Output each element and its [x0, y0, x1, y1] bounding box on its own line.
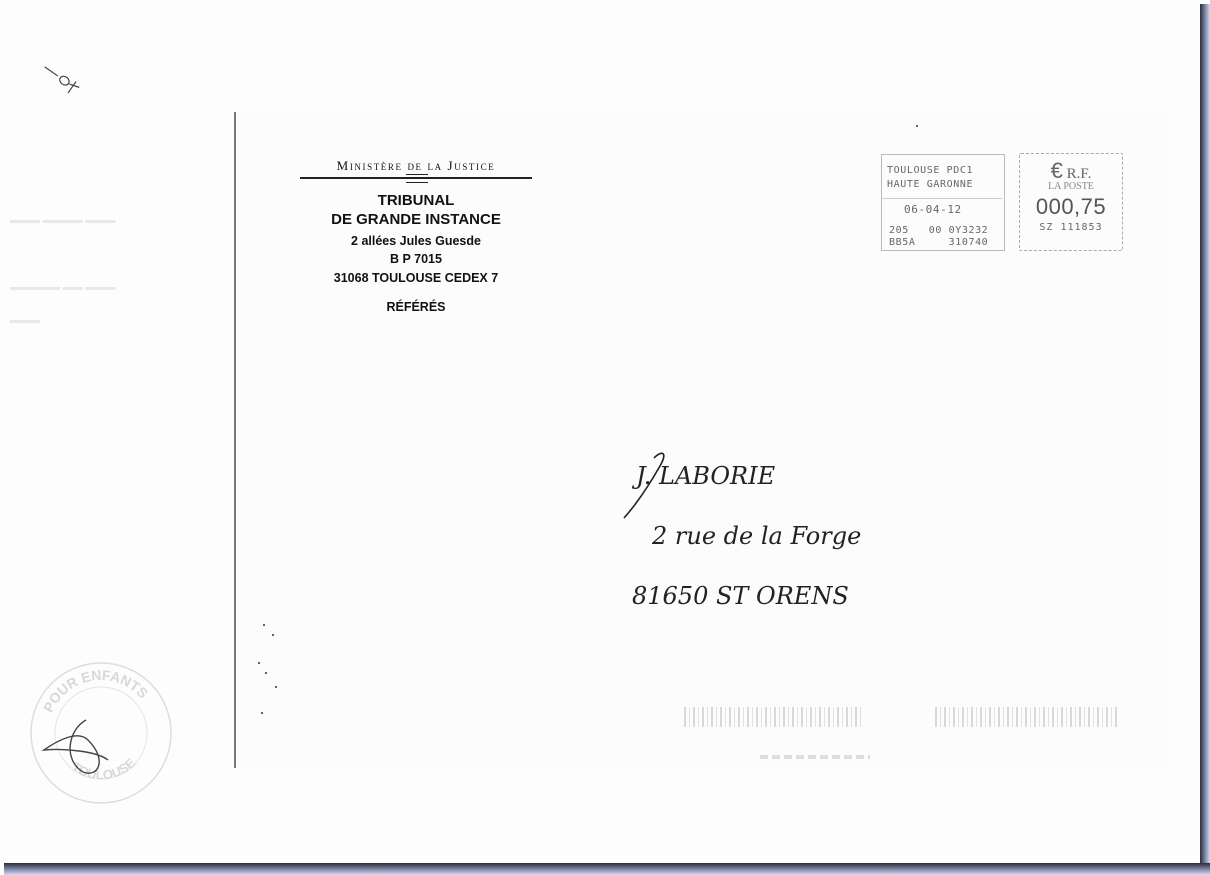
speck	[916, 125, 918, 127]
bleed-through-text: ▬▬▬ ▬▬▬▬ ▬▬▬	[10, 215, 116, 226]
seal-text-top: POUR ENFANTS	[40, 667, 151, 715]
speck	[263, 624, 265, 626]
address-line-3: 31068 TOULOUSE CEDEX 7	[300, 269, 532, 288]
postmark-office: TOULOUSE PDC1 HAUTE GARONNE	[882, 155, 1002, 199]
address-line-2: B P 7015	[300, 250, 532, 269]
speck	[275, 686, 277, 688]
meter-country: R.F.	[1067, 166, 1092, 182]
speck	[258, 662, 260, 664]
address-line-1: 2 allées Jules Guesde	[300, 232, 532, 251]
sender-block: Ministère de la Justice TRIBUNAL DE GRAN…	[300, 158, 532, 314]
page-shadow-bottom	[4, 863, 1210, 875]
meter-stamp: € R.F. LA POSTE 000,75 SZ 111853	[1019, 153, 1123, 251]
department-label: RÉFÉRÉS	[300, 300, 532, 314]
official-seal: POUR ENFANTS TOULOUSE	[28, 660, 174, 806]
euro-icon: €	[1051, 158, 1063, 183]
meter-amount: 000,75	[1020, 194, 1122, 220]
signature-icon	[44, 720, 108, 773]
recipient-address: J. LABORIE 2 rue de la Forge 81650 ST OR…	[610, 440, 970, 620]
bleed-through-text: ▬▬▬▬▬ ▬▬ ▬▬▬	[10, 282, 116, 293]
speck	[272, 634, 274, 636]
court-line-1: TRIBUNAL	[300, 191, 532, 210]
court-name: TRIBUNAL DE GRANDE INSTANCE	[300, 191, 532, 229]
barcode-left	[684, 707, 864, 727]
court-line-2: DE GRANDE INSTANCE	[300, 210, 532, 229]
ministry-rule	[300, 177, 532, 179]
meter-operator: LA POSTE	[1020, 181, 1122, 192]
recipient-name: J. LABORIE	[631, 462, 776, 490]
postmark-date: 06-04-12	[904, 203, 962, 216]
recipient-city: 81650 ST ORENS	[632, 582, 849, 610]
postmark-office-line-1: TOULOUSE PDC1	[887, 164, 1002, 178]
postmark-code-line-1: 205 00 0Y3232	[889, 225, 988, 237]
speck	[261, 712, 263, 714]
postmark-code-line-2: BB5A 310740	[889, 237, 988, 249]
page-shadow-right	[1200, 4, 1210, 875]
speck	[265, 672, 267, 674]
page-number-annotation	[30, 50, 90, 110]
faint-print	[760, 755, 870, 759]
postmark-office-line-2: HAUTE GARONNE	[887, 178, 1002, 192]
recipient-street: 2 rue de la Forge	[651, 522, 861, 550]
scanned-page: ▬▬▬ ▬▬▬▬ ▬▬▬ ▬▬▬▬▬ ▬▬ ▬▬▬ ▬▬▬ Ministère …	[0, 0, 1200, 863]
svg-text:POUR ENFANTS: POUR ENFANTS	[40, 667, 151, 715]
ministry-name: Ministère de la Justice	[300, 158, 532, 174]
postmark-codes: 205 00 0Y3232BB5A 310740	[889, 225, 988, 249]
bleed-through-text: ▬▬▬	[10, 315, 40, 326]
barcode-right	[935, 707, 1120, 727]
sender-address: 2 allées Jules Guesde B P 7015 31068 TOU…	[300, 232, 532, 288]
postmark: TOULOUSE PDC1 HAUTE GARONNE 06-04-12 205…	[881, 154, 1005, 251]
meter-serial: SZ 111853	[1020, 222, 1122, 233]
